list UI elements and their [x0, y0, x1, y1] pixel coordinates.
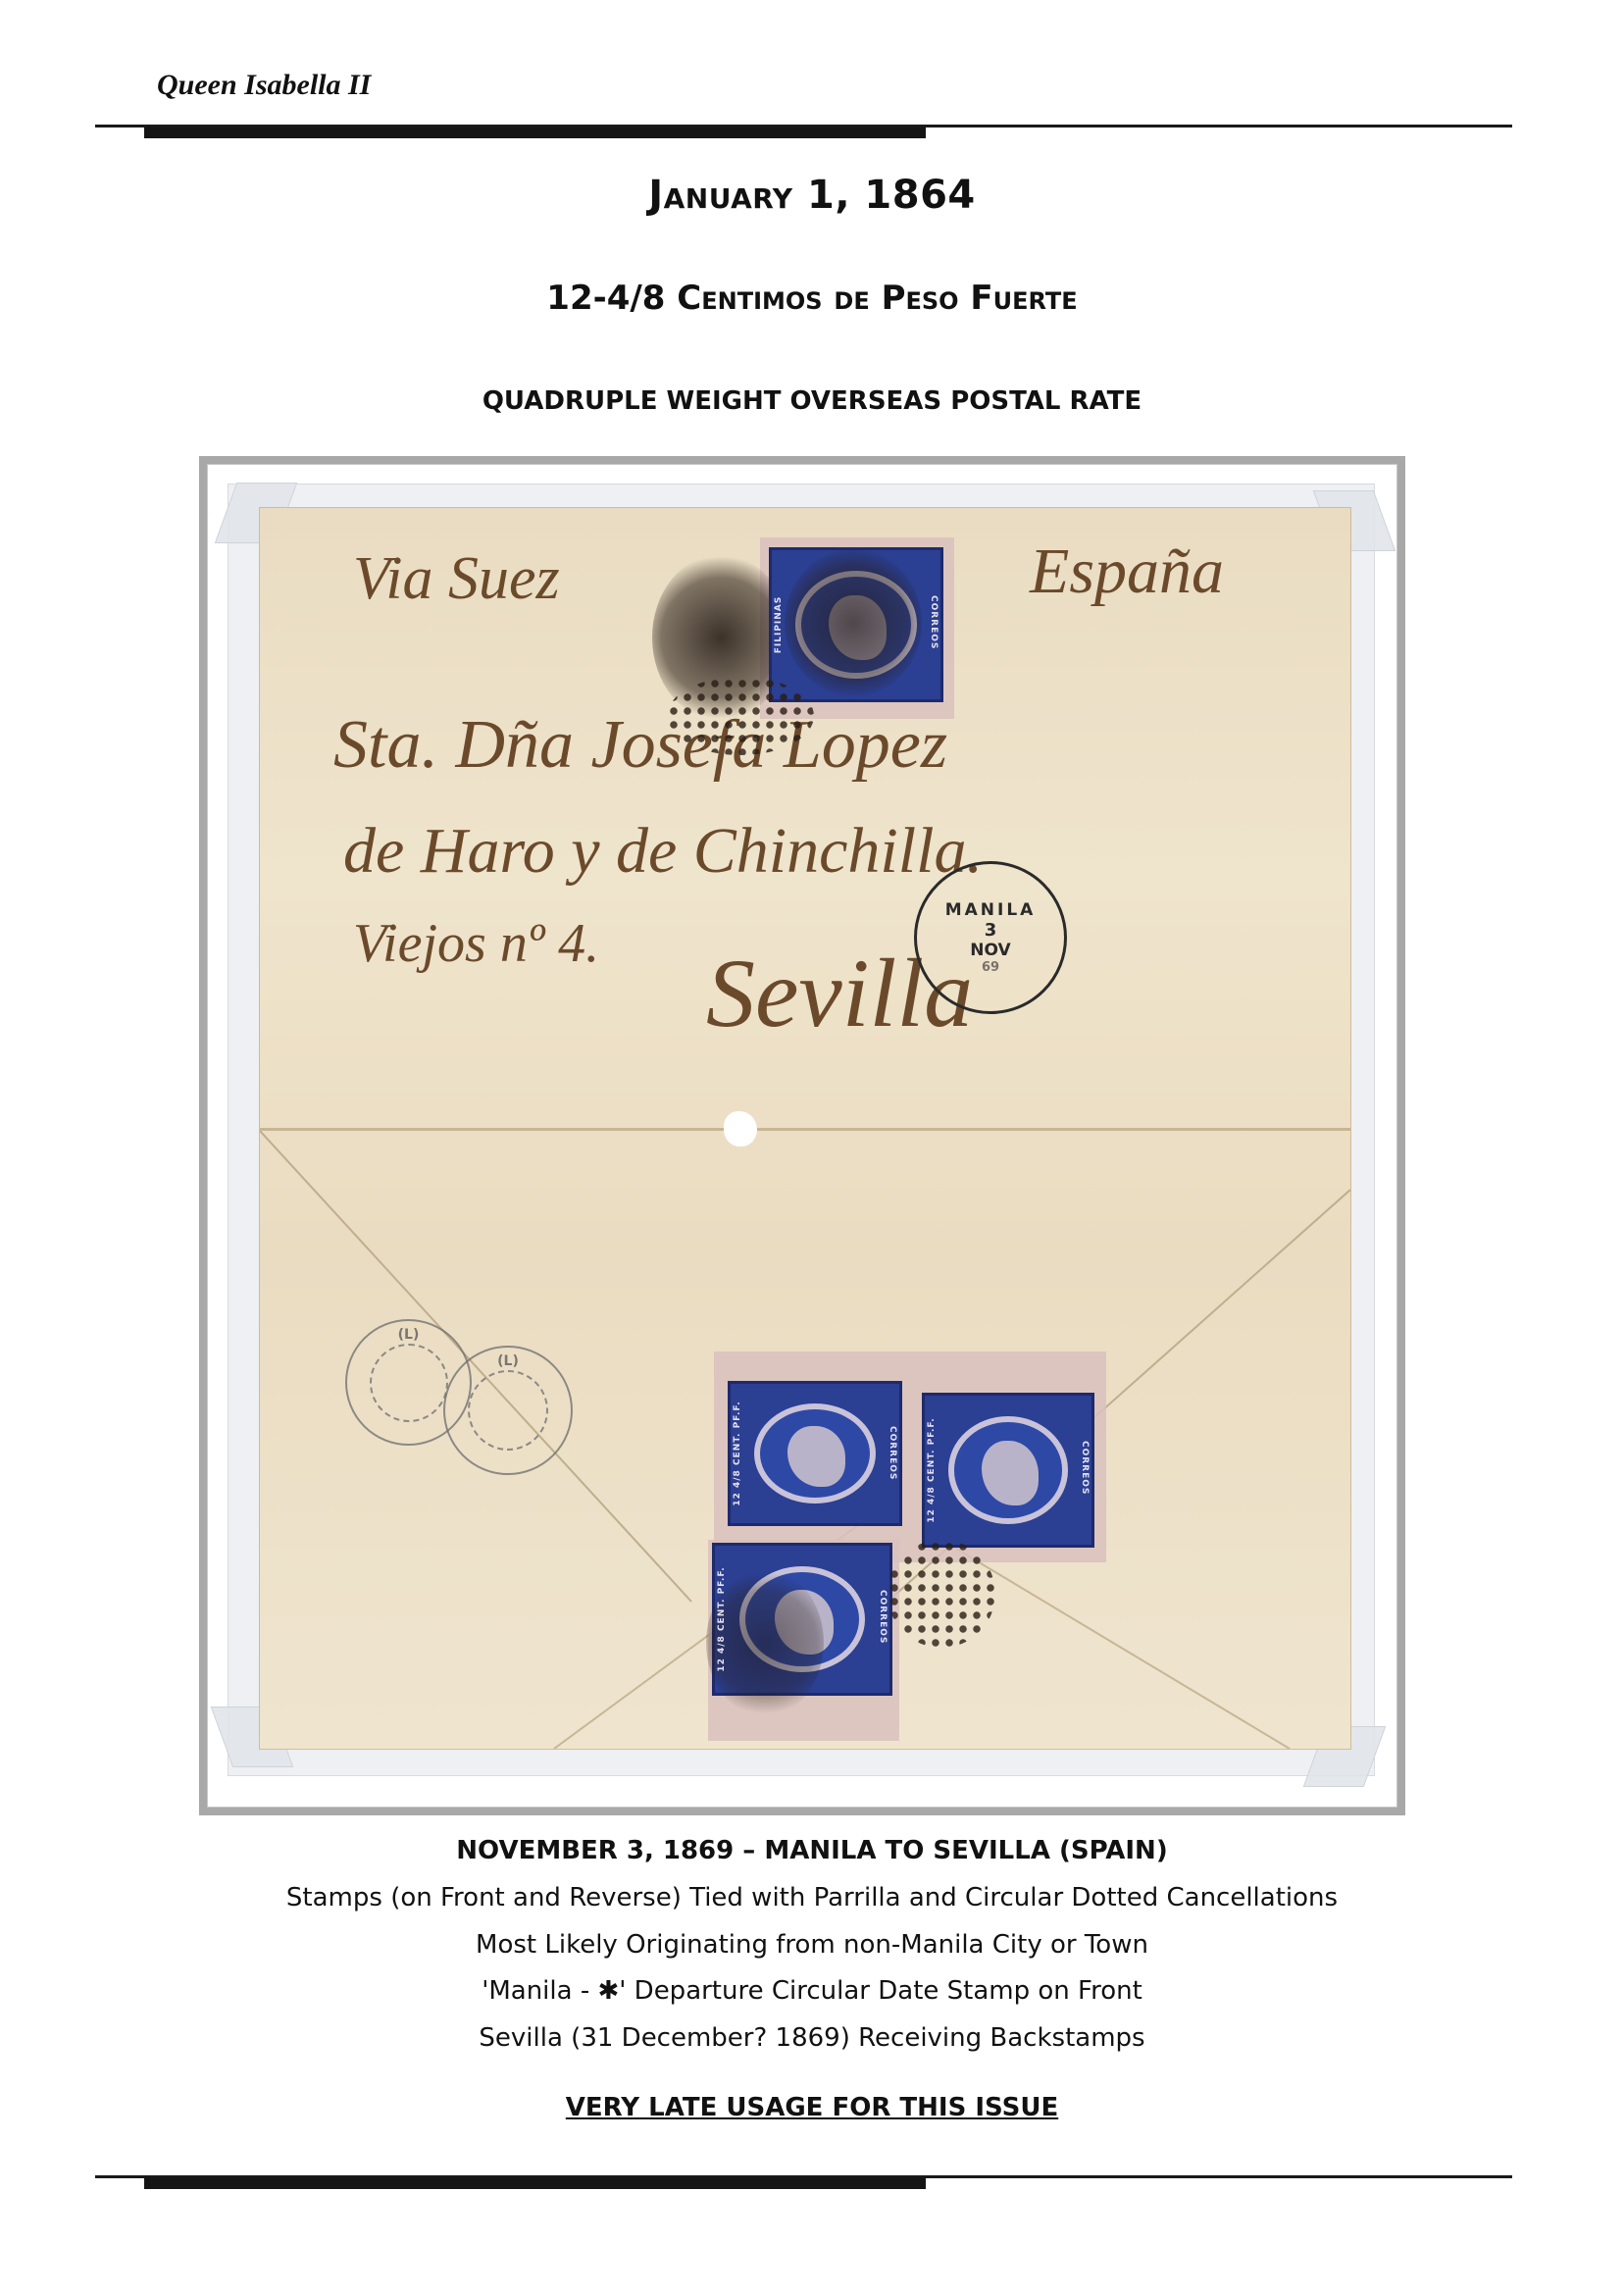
caption-line: Sevilla (31 December? 1869) Receiving Ba… — [0, 2023, 1624, 2053]
issue-date-heading: January 1, 1864 — [0, 173, 1624, 218]
manila-departure-postmark: MANILA 3 NOV 69 — [914, 861, 1067, 1014]
front-stamp-cancel-overlay — [785, 549, 922, 696]
postmark-town: MANILA — [945, 900, 1037, 920]
cover-caption-title: NOVEMBER 3, 1869 – MANILA TO SEVILLA (SP… — [0, 1836, 1624, 1865]
address-country: España — [1030, 535, 1224, 609]
front-stamp-inscription-left: FILIPINAS — [774, 596, 784, 654]
footer-rule-thick — [144, 2177, 926, 2189]
envelope-fold-line — [260, 1128, 1350, 1131]
caption-line: Stamps (on Front and Reverse) Tied with … — [0, 1883, 1624, 1912]
address-line-3: Viejos nº 4. — [353, 912, 599, 975]
postmark-day: 3 — [985, 920, 997, 941]
dotted-cancel-front — [667, 677, 814, 755]
page-header-title: Queen Isabella II — [157, 69, 371, 102]
reverse-stamp-2: 12 4/8 CENT. PF.F. CORREOS — [922, 1393, 1094, 1548]
envelope-hole — [724, 1111, 757, 1147]
postal-rate-heading: QUADRUPLE WEIGHT OVERSEAS POSTAL RATE — [0, 386, 1624, 416]
reverse-stamp-1: 12 4/8 CENT. PF.F. CORREOS — [728, 1381, 902, 1526]
dotted-cancel-reverse — [888, 1540, 995, 1648]
postmark-month: NOV — [970, 941, 1010, 960]
postmark-year: 69 — [982, 960, 999, 975]
sevilla-backstamp-2: (L) — [443, 1346, 573, 1475]
caption-line: 'Manila - ✱' Departure Circular Date Sta… — [0, 1976, 1624, 2006]
address-line-2: de Haro y de Chinchilla. — [343, 814, 983, 889]
stamp-value-heading: 12-4/8 Centimos de Peso Fuerte — [0, 279, 1624, 318]
caption-line: Most Likely Originating from non-Manila … — [0, 1930, 1624, 1960]
address-route: Via Suez — [353, 544, 560, 614]
caption-note: VERY LATE USAGE FOR THIS ISSUE — [0, 2093, 1624, 2122]
header-rule-thick — [144, 127, 926, 138]
front-stamp-inscription-right: CORREOS — [929, 595, 939, 649]
